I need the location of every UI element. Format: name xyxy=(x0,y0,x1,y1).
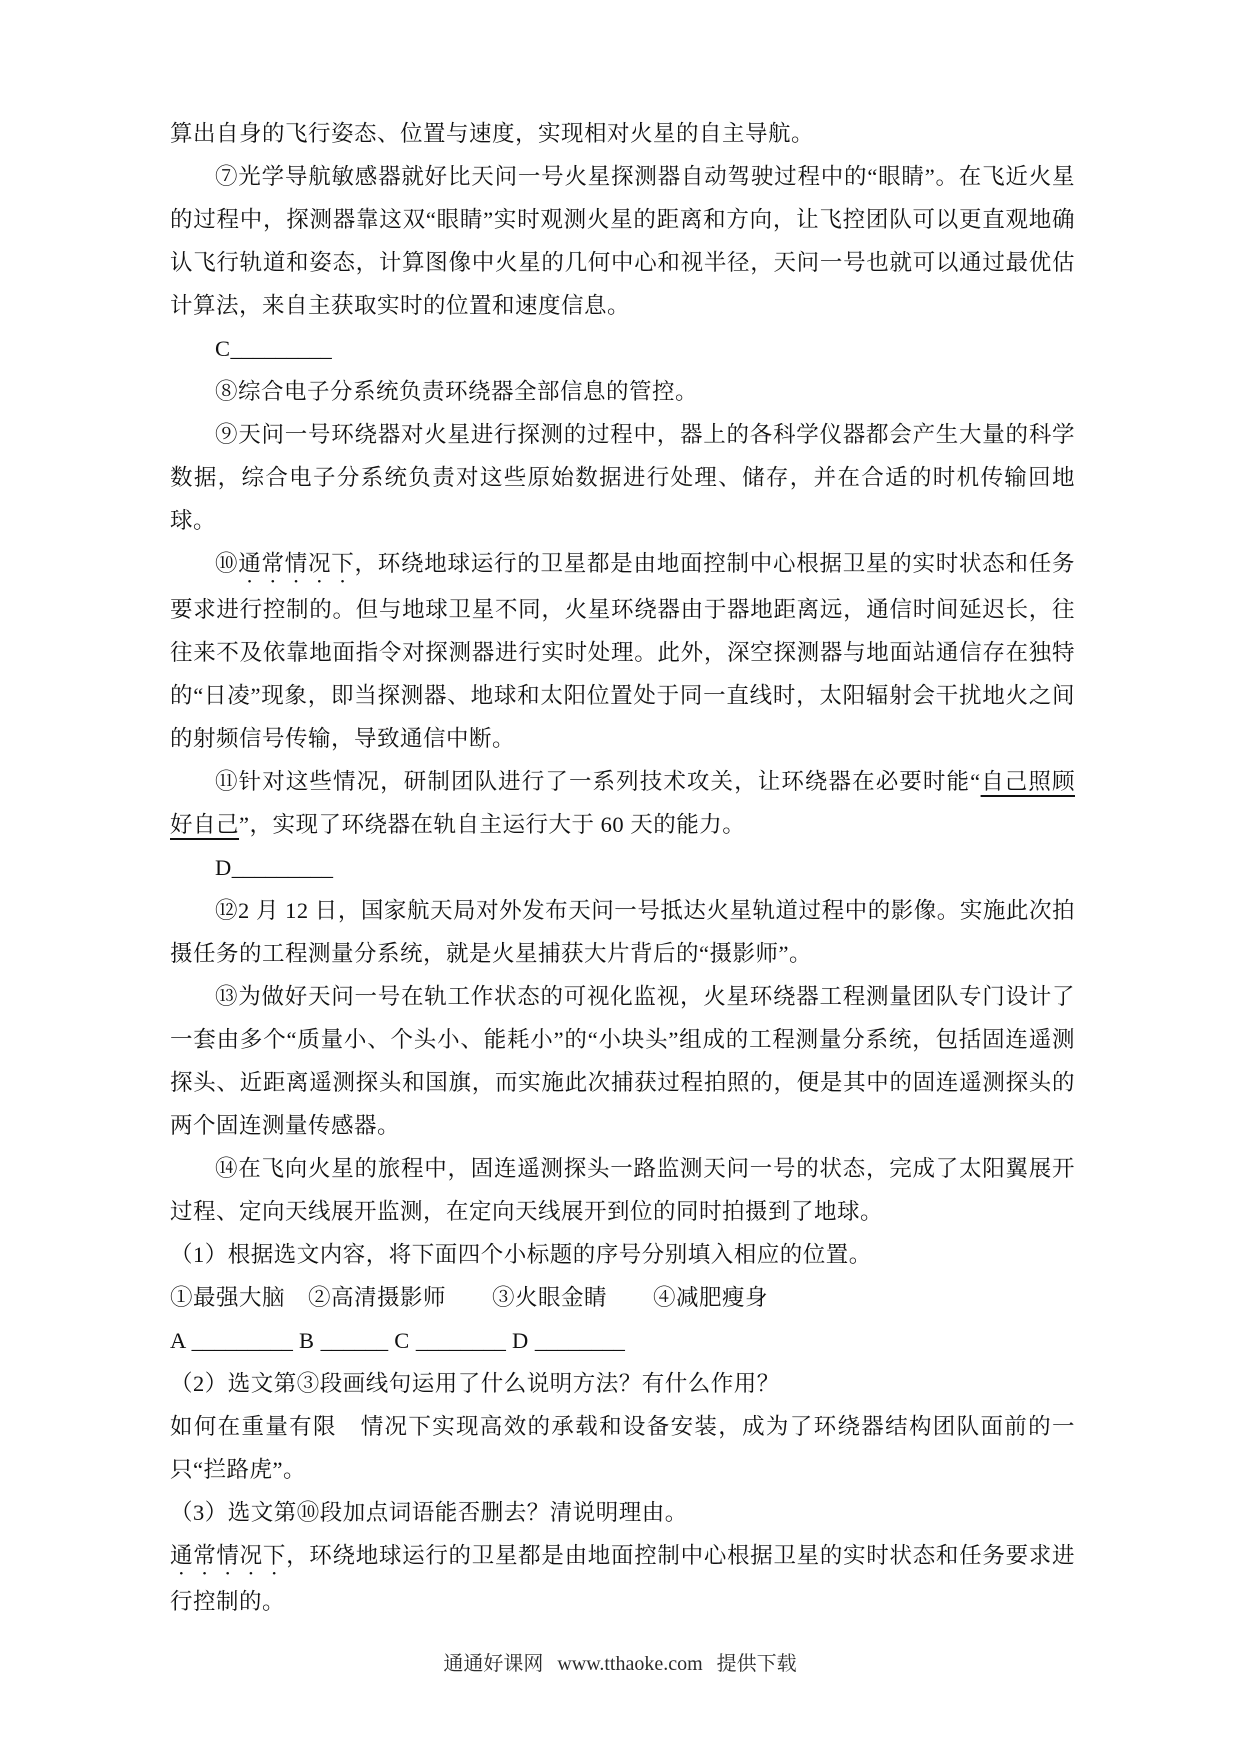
answer-blank: ________ xyxy=(535,1328,625,1353)
answer-blank: _________ xyxy=(232,855,333,880)
document-page: 算出自身的飞行姿态、位置与速度，实现相对火星的自主导航。⑦光学导航敏感器就好比天… xyxy=(0,0,1240,1754)
paragraph-6: ⑩通常情况下，环绕地球运行的卫星都是由地面控制中心根据卫星的实时状态和任务要求进… xyxy=(170,542,1075,760)
document-body: 算出自身的飞行姿态、位置与速度，实现相对火星的自主导航。⑦光学导航敏感器就好比天… xyxy=(170,112,1075,1623)
emphasized-text: 通常情况下 xyxy=(238,551,354,576)
paragraph-12: （1）根据选文内容，将下面四个小标题的序号分别填入相应的位置。 xyxy=(170,1233,1075,1276)
text-run: C xyxy=(388,1328,416,1353)
text-run: A xyxy=(170,1328,192,1353)
text-run: ”，实现了环绕器在轨自主运行大于 60 天的能力。 xyxy=(239,812,745,837)
paragraph-11: ⑭在飞向火星的旅程中，固连遥测探头一路监测天问一号的状态，完成了太阳翼展开过程、… xyxy=(170,1147,1075,1233)
text-run: D xyxy=(215,855,232,880)
text-run: （3）选文第⑩段加点词语能否删去？清说明理由。 xyxy=(170,1500,688,1525)
answer-blank: ________ xyxy=(416,1328,506,1353)
answer-blank: _________ xyxy=(192,1328,293,1353)
paragraph-10: ⑬为做好天问一号在轨工作状态的可视化监视，火星环绕器工程测量团队专门设计了一套由… xyxy=(170,975,1075,1147)
text-run: 算出自身的飞行姿态、位置与速度，实现相对火星的自主导航。 xyxy=(170,121,814,146)
paragraph-16: 如何在重量有限 情况下实现高效的承载和设备安装，成为了环绕器结构团队面前的一只“… xyxy=(170,1405,1075,1491)
paragraph-13: ①最强大脑 ②高清摄影师 ③火眼金睛 ④减肥瘦身 xyxy=(170,1276,1075,1319)
answer-blank: _________ xyxy=(231,336,332,361)
text-run: ⑨天问一号环绕器对火星进行探测的过程中，器上的各科学仪器都会产生大量的科学数据，… xyxy=(170,422,1075,533)
footer-site-name: 通通好课网 xyxy=(443,1653,543,1675)
text-run: C xyxy=(215,336,231,361)
paragraph-4: ⑧综合电子分系统负责环绕器全部信息的管控。 xyxy=(170,370,1075,413)
paragraph-15: （2）选文第③段画线句运用了什么说明方法？有什么作用？ xyxy=(170,1362,1075,1405)
page-footer: 通通好课网www.tthaoke.com提供下载 xyxy=(0,1647,1240,1676)
text-run: ⑦光学导航敏感器就好比天问一号火星探测器自动驾驶过程中的“眼睛”。在飞近火星的过… xyxy=(170,164,1075,318)
footer-url: www.tthaoke.com xyxy=(557,1653,702,1675)
text-run: B xyxy=(293,1328,321,1353)
text-run: （2）选文第③段画线句运用了什么说明方法？有什么作用？ xyxy=(170,1371,780,1396)
paragraph-7: ⑪针对这些情况，研制团队进行了一系列技术攻关，让环绕器在必要时能“自己照顾好自己… xyxy=(170,760,1075,846)
answer-blank: ______ xyxy=(321,1328,389,1353)
text-run: ①最强大脑 ②高清摄影师 ③火眼金睛 ④减肥瘦身 xyxy=(170,1285,768,1310)
text-run: 如何在重量有限 情况下实现高效的承载和设备安装，成为了环绕器结构团队面前的一只“… xyxy=(170,1414,1075,1482)
paragraph-18: 通常情况下，环绕地球运行的卫星都是由地面控制中心根据卫星的实时状态和任务要求进行… xyxy=(170,1534,1075,1623)
text-run: D xyxy=(506,1328,535,1353)
text-run: ，环绕地球运行的卫星都是由地面控制中心根据卫星的实时状态和任务要求进行控制的。但… xyxy=(170,551,1075,751)
text-run: （1）根据选文内容，将下面四个小标题的序号分别填入相应的位置。 xyxy=(170,1242,872,1267)
paragraph-2: ⑦光学导航敏感器就好比天问一号火星探测器自动驾驶过程中的“眼睛”。在飞近火星的过… xyxy=(170,155,1075,327)
text-run: ，环绕地球运行的卫星都是由地面控制中心根据卫星的实时状态和任务要求进行控制的。 xyxy=(170,1543,1075,1614)
paragraph-9: ⑫2 月 12 日，国家航天局对外发布天问一号抵达火星轨道过程中的影像。实施此次… xyxy=(170,889,1075,975)
text-run: ⑪针对这些情况，研制团队进行了一系列技术攻关，让环绕器在必要时能“ xyxy=(215,769,981,794)
paragraph-8: D_________ xyxy=(170,846,1075,889)
paragraph-1: 算出自身的飞行姿态、位置与速度，实现相对火星的自主导航。 xyxy=(170,112,1075,155)
text-run: ⑭在飞向火星的旅程中，固连遥测探头一路监测天问一号的状态，完成了太阳翼展开过程、… xyxy=(170,1156,1075,1224)
footer-download-label: 提供下载 xyxy=(717,1653,797,1675)
emphasized-text: 通常情况下 xyxy=(170,1543,286,1568)
paragraph-17: （3）选文第⑩段加点词语能否删去？清说明理由。 xyxy=(170,1491,1075,1534)
text-run: ⑩ xyxy=(215,551,238,576)
text-run: ⑬为做好天问一号在轨工作状态的可视化监视，火星环绕器工程测量团队专门设计了一套由… xyxy=(170,984,1075,1138)
text-run: ⑧综合电子分系统负责环绕器全部信息的管控。 xyxy=(215,379,698,404)
paragraph-5: ⑨天问一号环绕器对火星进行探测的过程中，器上的各科学仪器都会产生大量的科学数据，… xyxy=(170,413,1075,542)
paragraph-3: C_________ xyxy=(170,327,1075,370)
paragraph-14: A _________ B ______ C ________ D ______… xyxy=(170,1319,1075,1362)
text-run: ⑫2 月 12 日，国家航天局对外发布天问一号抵达火星轨道过程中的影像。实施此次… xyxy=(170,898,1075,966)
